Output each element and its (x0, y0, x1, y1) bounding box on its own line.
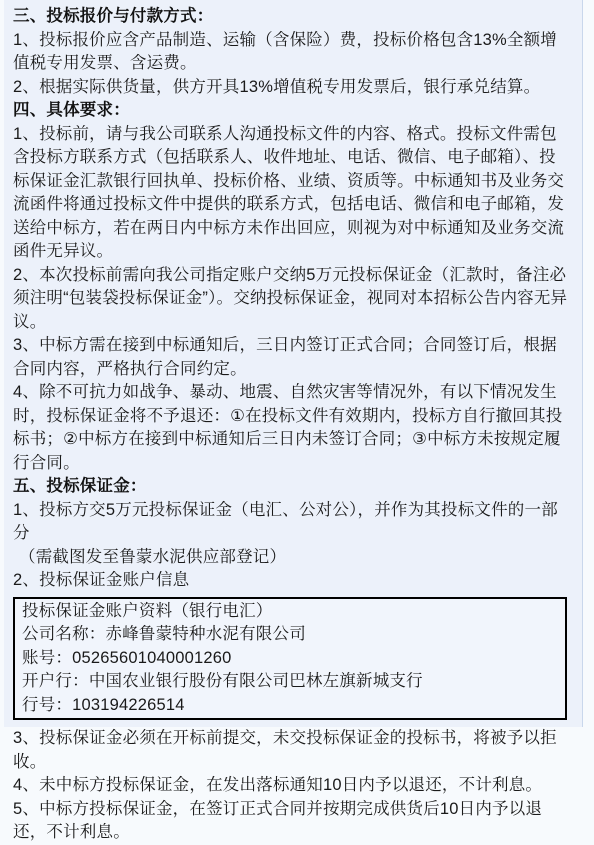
section4-para-contact-info: 1、投标前，请与我公司联系人沟通投标文件的内容、格式。投标文件需包含投标方联系方… (13, 123, 572, 264)
deposit-account-bankcode-row: 行号：103194226514 (22, 694, 558, 718)
section3-heading: 三、投标报价与付款方式： (13, 5, 572, 29)
section5-para-deposit-amount: 1、投标方交5万元投标保证金（电汇、公对公），并作为其投标文件的一部分 (13, 499, 572, 546)
section4-heading: 四、具体要求： (13, 99, 572, 123)
deposit-account-bank-row: 开户行：中国农业银行股份有限公司巴林左旗新城支行 (22, 670, 558, 694)
deposit-account-box: 投标保证金账户资料（银行电汇） 公司名称：赤峰鲁蒙特种水泥有限公司 账号：052… (13, 597, 567, 721)
bank-code-value: 103194226514 (72, 696, 185, 714)
section5-heading: 五、投标保证金： (13, 475, 572, 499)
company-name-label: 公司名称： (22, 625, 106, 643)
tender-notice-document: 三、投标报价与付款方式： 1、投标报价应含产品制造、运输（含保险）费，投标价格包… (4, 0, 583, 727)
deposit-account-company-row: 公司名称：赤峰鲁蒙特种水泥有限公司 (22, 623, 558, 647)
section4-para-deposit-forfeit: 4、除不可抗力如战争、暴动、地震、自然灾害等情况外，有以下情况发生时，投标保证金… (13, 381, 572, 475)
deposit-account-number-row: 账号：05265601040001260 (22, 647, 558, 671)
section5-para-account-info-label: 2、投标保证金账户信息 (13, 569, 572, 593)
bank-name-value: 中国农业银行股份有限公司巴林左旗新城支行 (89, 672, 423, 690)
section3-para-bid-price: 1、投标报价应含产品制造、运输（含保险）费，投标价格包含13%全额增值税专用发票… (13, 29, 572, 76)
section4-para-deposit-payment: 2、本次投标前需向我公司指定账户交纳5万元投标保证金（汇款时，备注必须注明“包装… (13, 264, 572, 335)
section4-para-contract-signing: 3、中标方需在接到中标通知后，三日内签订正式合同；合同签订后，根据合同内容，严格… (13, 334, 572, 381)
bank-name-label: 开户行： (22, 672, 89, 690)
company-name-value: 赤峰鲁蒙特种水泥有限公司 (106, 625, 306, 643)
bank-code-label: 行号： (22, 696, 72, 714)
section3-para-settlement: 2、根据实际供货量，供方开具13%增值税专用发票后，银行承兑结算。 (13, 76, 572, 100)
account-number-value: 05265601040001260 (72, 649, 231, 667)
deposit-account-title: 投标保证金账户资料（银行电汇） (22, 600, 558, 624)
account-number-label: 账号： (22, 649, 72, 667)
section5-para-screenshot-note: （需截图发至鲁蒙水泥供应部登记） (13, 546, 572, 570)
